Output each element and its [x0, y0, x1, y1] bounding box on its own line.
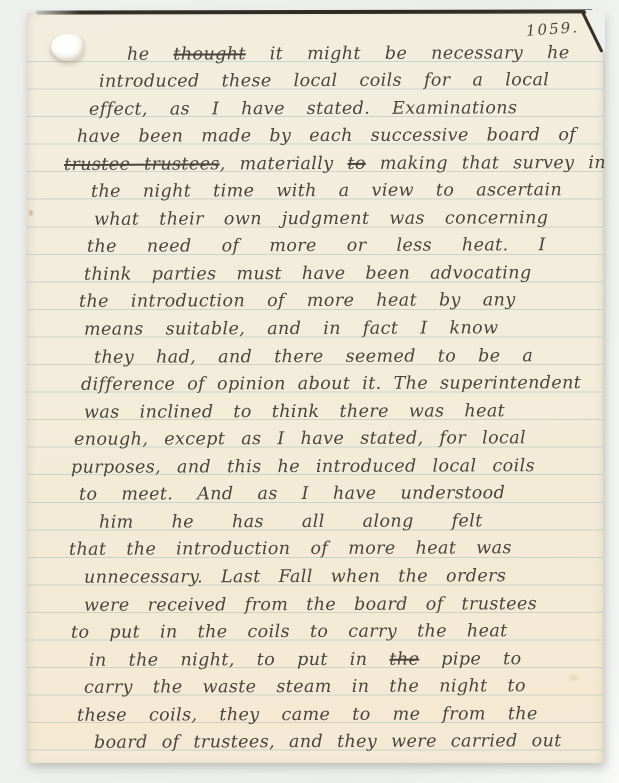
handwritten-text: making that survey in	[366, 153, 606, 174]
manuscript-line: was inclined to think there was heat	[84, 398, 505, 426]
handwritten-text: purposes, and this he introduced local c…	[71, 456, 535, 478]
handwritten-text: to put in the coils to carry the heat	[71, 621, 508, 643]
manuscript-line: purposes, and this he introduced local c…	[71, 453, 535, 482]
manuscript-line: effect, as I have stated. Examinations	[89, 95, 517, 123]
handwritten-text: difference of opinion about it. The supe…	[81, 373, 581, 395]
manuscript-line: trustee trustees, materially to making t…	[64, 150, 606, 179]
handwritten-text: means suitable, and in fact I know	[84, 318, 499, 339]
handwritten-text: think parties must have been advocating	[84, 263, 532, 285]
handwritten-text: carry the waste steam in the night to	[84, 676, 526, 698]
handwritten-text: were received from the board of trustees	[84, 594, 537, 616]
manuscript-line: think parties must have been advocating	[84, 260, 532, 289]
manuscript-line: have been made by each successive board …	[77, 122, 576, 151]
handwritten-text: effect, as I have stated. Examinations	[89, 98, 517, 119]
manuscript-line: these coils, they came to me from the	[77, 701, 538, 730]
manuscript-line: he thought it might be necessary he	[127, 40, 570, 69]
manuscript-line: to put in the coils to carry the heat	[71, 618, 508, 647]
handwritten-text: he	[127, 44, 173, 64]
handwritten-text: that the introduction of more heat was	[69, 539, 512, 561]
manuscript-line: means suitable, and in fact I know	[84, 315, 499, 343]
manuscript-line: enough, except as I have stated, for loc…	[74, 425, 526, 454]
manuscript-line: were received from the board of trustees	[84, 591, 537, 620]
manuscript-line: carry the waste steam in the night to	[84, 673, 526, 702]
handwritten-text: pipe to	[419, 649, 521, 669]
manuscript-line: to meet. And as I have understood	[79, 481, 505, 509]
handwritten-text: him he has all along felt	[99, 511, 483, 532]
struck-out-text: trustee trustees	[64, 154, 220, 175]
handwritten-text: unnecessary. Last Fall when the orders	[84, 566, 506, 587]
handwritten-text: board of trustees, and they were carried…	[94, 731, 562, 753]
manuscript-line: introduced these local coils for a local	[99, 67, 549, 96]
manuscript-line: difference of opinion about it. The supe…	[81, 370, 581, 399]
manuscript-line: what their own judgment was concerning	[94, 205, 548, 234]
handwritten-text: in the night, to put in	[89, 649, 389, 670]
struck-out-text: thought	[173, 44, 245, 64]
struck-out-text: to	[347, 154, 365, 174]
handwritten-text: was inclined to think there was heat	[84, 401, 505, 422]
manuscript-line: the night time with a view to ascertain	[91, 177, 562, 206]
handwritten-text: have been made by each successive board …	[77, 125, 576, 147]
manuscript-line: him he has all along felt	[99, 508, 483, 536]
struck-out-text: the	[389, 649, 419, 669]
manuscript-line: that the introduction of more heat was	[69, 536, 512, 565]
handwritten-text: what their own judgment was concerning	[94, 208, 548, 230]
manuscript-line: the introduction of more heat by any	[79, 288, 516, 317]
manuscript-line: the need of more or less heat. I	[87, 233, 546, 262]
manuscript-line: in the night, to put in the pipe to	[89, 646, 522, 675]
handwritten-text: the introduction of more heat by any	[79, 291, 516, 313]
manuscript-line: unnecessary. Last Fall when the orders	[84, 563, 506, 591]
handwritten-text: these coils, they came to me from the	[77, 704, 538, 726]
manuscript-page: 1059. he thought it might be necessary h…	[27, 13, 603, 763]
manuscript-text: he thought it might be necessary heintro…	[27, 13, 603, 763]
handwritten-text: it might be necessary he	[246, 43, 570, 64]
handwritten-text: to meet. And as I have understood	[79, 484, 505, 505]
handwritten-text: the night time with a view to ascertain	[91, 180, 562, 202]
manuscript-line: board of trustees, and they were carried…	[94, 728, 562, 757]
handwritten-text: the need of more or less heat. I	[87, 236, 546, 258]
handwritten-text: , materially	[220, 154, 348, 174]
manuscript-line: they had, and there seemed to be a	[94, 343, 533, 372]
handwritten-text: they had, and there seemed to be a	[94, 346, 533, 368]
handwritten-text: introduced these local coils for a local	[99, 70, 549, 92]
handwritten-text: enough, except as I have stated, for loc…	[74, 428, 526, 450]
